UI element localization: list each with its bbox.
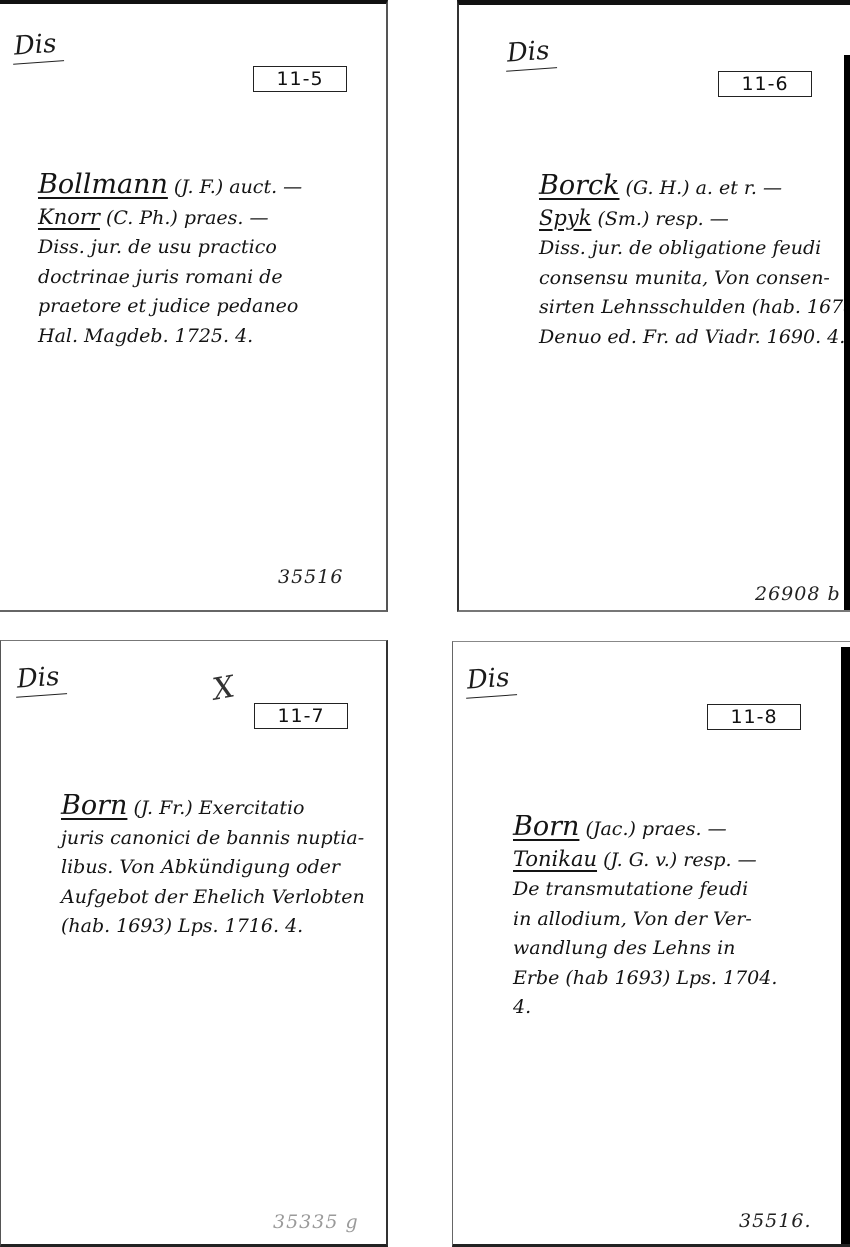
title-line: praetore et judice pedaneo: [38, 292, 302, 322]
handwritten-mark: X: [210, 669, 237, 707]
accession-number: 35335 g: [273, 1211, 359, 1233]
praeses-line: Born (Jac.) praes. —: [513, 812, 777, 845]
title-start: (J. Fr.) Exercitatio: [127, 797, 304, 819]
praeses-name: Born: [513, 811, 579, 842]
respondent-line: Tonikau (J. G. v.) resp. —: [513, 845, 777, 876]
title-line: Diss. jur. de obligatione feudi: [539, 234, 850, 264]
author-line: Bollmann (J. F.) auct. —: [38, 170, 302, 203]
author-line: Borck (G. H.) a. et r. —: [539, 171, 850, 204]
author-detail: (G. H.) a. et r. —: [620, 177, 783, 199]
praeses-name: Knorr: [38, 205, 100, 229]
section-label: Dis: [14, 661, 67, 697]
call-number: 11-6: [718, 71, 812, 97]
format-line: 4.: [513, 993, 777, 1023]
imprint-line: Hal. Magdeb. 1725. 4.: [38, 322, 302, 352]
call-number: 11-7: [254, 703, 348, 729]
section-label: Dis: [464, 662, 517, 698]
title-line: doctrinae juris romani de: [38, 263, 302, 293]
card-text: Borck (G. H.) a. et r. — Spyk (Sm.) resp…: [539, 171, 850, 352]
title-line: Diss. jur. de usu practico: [38, 233, 302, 263]
title-line: consensu munita, Von consen-: [539, 264, 850, 294]
catalog-card-11-6: Dis 11-6 Borck (G. H.) a. et r. — Spyk (…: [457, 0, 850, 612]
catalog-card-11-8: Dis 11-8 Born (Jac.) praes. — Tonikau (J…: [452, 641, 850, 1247]
call-number: 11-5: [253, 66, 347, 92]
title-line: in allodium, Von der Ver-: [513, 905, 777, 935]
praeses-line: Knorr (C. Ph.) praes. —: [38, 203, 302, 234]
respondent-name: Tonikau: [513, 847, 597, 871]
praeses-detail: (C. Ph.) praes. —: [100, 207, 269, 229]
author-detail: (J. F.) auct. —: [168, 176, 302, 198]
author-name: Borck: [539, 170, 620, 201]
title-line: wandlung des Lehns in: [513, 934, 777, 964]
author-name: Born: [61, 790, 127, 821]
scan-edge: [841, 647, 850, 1244]
praeses-detail: (Jac.) praes. —: [579, 818, 726, 840]
catalog-card-11-5: Dis 11-5 Bollmann (J. F.) auct. — Knorr …: [0, 0, 388, 612]
respondent-detail: (J. G. v.) resp. —: [597, 849, 757, 871]
title-line: De transmutatione feudi: [513, 875, 777, 905]
imprint-line: Denuo ed. Fr. ad Viadr. 1690. 4.: [539, 323, 850, 353]
respondent-line: Spyk (Sm.) resp. —: [539, 204, 850, 235]
call-number: 11-8: [707, 704, 801, 730]
imprint-line: (hab. 1693) Lps. 1716. 4.: [61, 912, 365, 942]
accession-number: 35516: [278, 566, 343, 588]
accession-number: 35516.: [739, 1210, 811, 1232]
respondent-name: Spyk: [539, 206, 591, 230]
title-line: juris canonici de bannis nuptia-: [61, 824, 365, 854]
title-line: libus. Von Abkündigung oder: [61, 853, 365, 883]
author-name: Bollmann: [38, 169, 168, 200]
card-text: Born (J. Fr.) Exercitatio juris canonici…: [61, 791, 365, 942]
imprint-line: Erbe (hab 1693) Lps. 1704.: [513, 964, 777, 994]
catalog-card-11-7: Dis X 11-7 Born (J. Fr.) Exercitatio jur…: [0, 640, 388, 1247]
title-line: Aufgebot der Ehelich Verlobten: [61, 883, 365, 913]
scan-edge: [844, 55, 850, 610]
section-label: Dis: [504, 35, 557, 71]
accession-number: 26908 b: [755, 583, 841, 605]
respondent-detail: (Sm.) resp. —: [591, 208, 728, 230]
title-line: sirten Lehnsschulden (hab. 1678).: [539, 293, 850, 323]
author-line: Born (J. Fr.) Exercitatio: [61, 791, 365, 824]
section-label: Dis: [11, 28, 64, 64]
card-text: Born (Jac.) praes. — Tonikau (J. G. v.) …: [513, 812, 777, 1023]
card-text: Bollmann (J. F.) auct. — Knorr (C. Ph.) …: [38, 170, 302, 351]
